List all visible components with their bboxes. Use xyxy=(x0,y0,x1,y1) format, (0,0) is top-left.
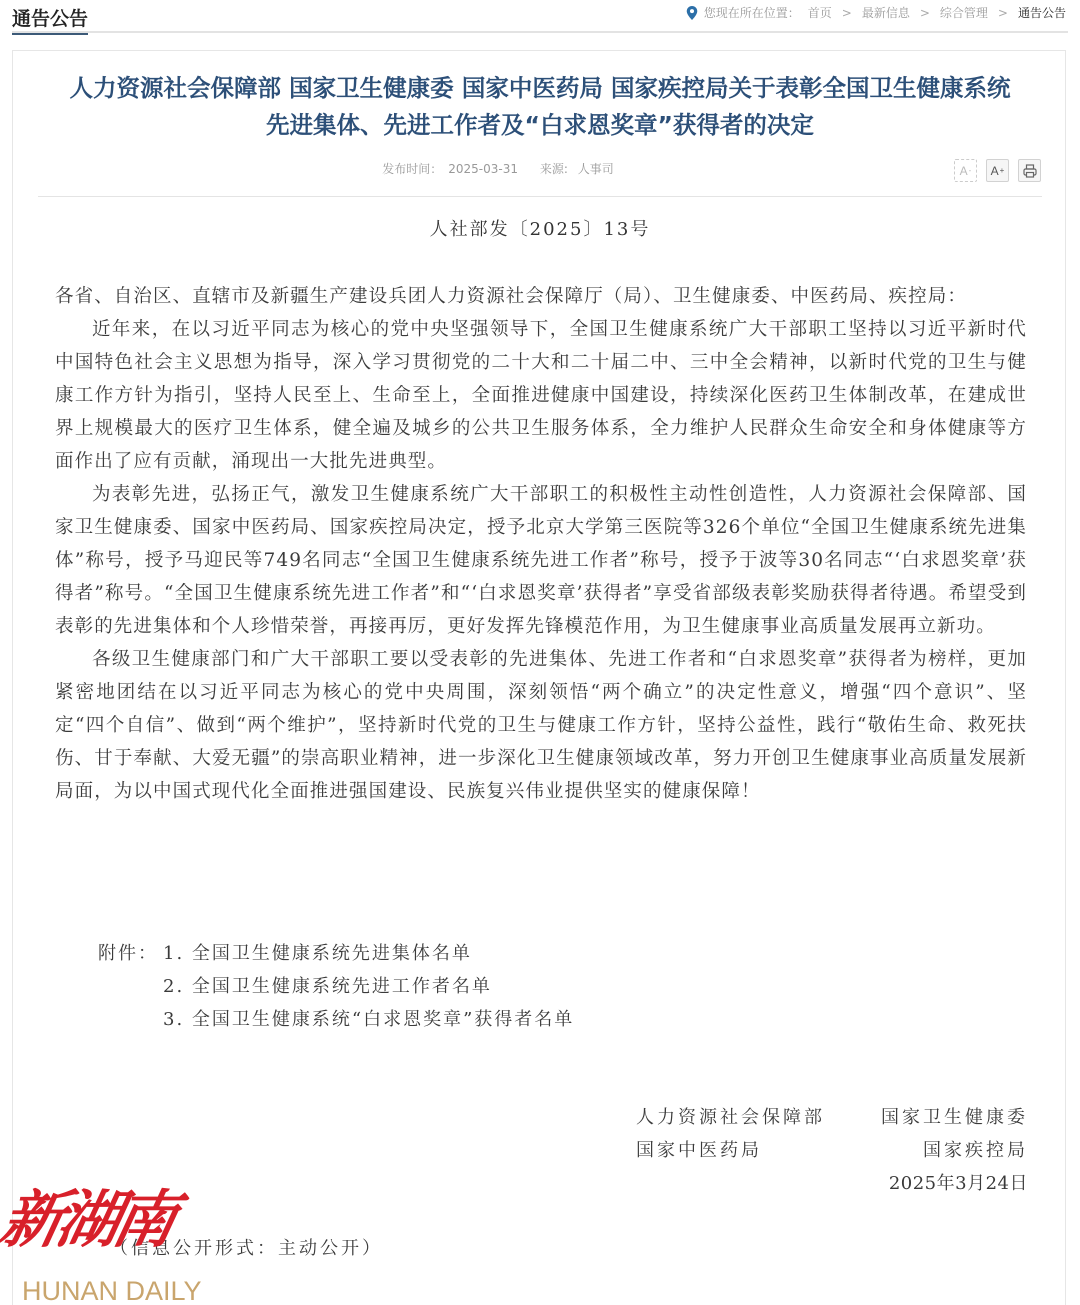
article-meta: 发布时间：2025-03-31 来源: 人事司 xyxy=(0,160,990,177)
publish-date: 2025-03-31 xyxy=(448,162,518,176)
signature-date: 2025年3月24日 xyxy=(636,1167,1028,1200)
source-label: 来源: xyxy=(540,162,568,176)
signature-org: 国家中医药局 xyxy=(636,1134,762,1167)
article-title: 人力资源社会保障部 国家卫生健康委 国家中医药局 国家疾控局关于表彰全国卫生健康… xyxy=(0,70,1080,144)
breadcrumb-separator: > xyxy=(842,6,852,20)
signatures-block: 人力资源社会保障部 国家卫生健康委 国家中医药局 国家疾控局 2025年3月24… xyxy=(636,1101,1028,1200)
attachments-list: 附件： 1. 全国卫生健康系统先进集体名单 2. 全国卫生健康系统先进工作者名单… xyxy=(98,937,574,1036)
print-button[interactable] xyxy=(1018,159,1041,182)
attachment-item: 3. 全国卫生健康系统“白求恩奖章”获得者名单 xyxy=(163,1003,574,1036)
font-decrease-button[interactable]: A- xyxy=(954,159,977,182)
body-paragraph: 为表彰先进，弘扬正气，激发卫生健康系统广大干部职工的积极性主动性创造性，人力资源… xyxy=(55,478,1027,643)
article-tools: A- A+ xyxy=(954,159,1041,182)
font-decrease-icon: A xyxy=(960,164,968,178)
publish-time-label: 发布时间： xyxy=(382,162,442,176)
location-pin-icon xyxy=(686,6,698,20)
signature-org: 国家卫生健康委 xyxy=(881,1101,1028,1134)
attachment-item: 2. 全国卫生健康系统先进工作者名单 xyxy=(163,970,492,1003)
breadcrumb-latest-info[interactable]: 最新信息 xyxy=(862,4,910,21)
article-title-line-1: 人力资源社会保障部 国家卫生健康委 国家中医药局 国家疾控局关于表彰全国卫生健康… xyxy=(69,74,1010,102)
breadcrumb-separator: > xyxy=(998,6,1008,20)
disclosure-note: （信息公开形式：主动公开） xyxy=(110,1234,383,1260)
breadcrumb-notices[interactable]: 通告公告 xyxy=(1018,4,1066,21)
breadcrumb-prefix: 您现在所在位置： xyxy=(704,4,800,21)
signature-org: 国家疾控局 xyxy=(923,1134,1028,1167)
breadcrumb-home[interactable]: 首页 xyxy=(808,4,832,21)
article-body: 各省、自治区、直辖市及新疆生产建设兵团人力资源社会保障厅（局）、卫生健康委、中医… xyxy=(55,280,1027,808)
body-paragraph: 近年来，在以习近平同志为核心的党中央坚强领导下，全国卫生健康系统广大干部职工坚持… xyxy=(55,313,1027,478)
top-bar: 通告公告 您现在所在位置： 首页 > 最新信息 > 综合管理 > 通告公告 xyxy=(0,0,1080,34)
document-number: 人社部发〔2025〕13号 xyxy=(0,215,1080,241)
signature-org: 人力资源社会保障部 xyxy=(636,1101,825,1134)
attachments-label: 附件： xyxy=(98,937,163,970)
attachment-item: 1. 全国卫生健康系统先进集体名单 xyxy=(163,937,472,970)
source-value: 人事司 xyxy=(578,162,614,176)
article-title-line-2: 先进集体、先进工作者及“白求恩奖章”获得者的决定 xyxy=(266,111,814,139)
print-icon xyxy=(1023,164,1037,178)
header-divider xyxy=(12,31,1068,33)
font-increase-button[interactable]: A+ xyxy=(986,159,1009,182)
section-title: 通告公告 xyxy=(12,4,88,35)
breadcrumb-general-management[interactable]: 综合管理 xyxy=(940,4,988,21)
salutation-paragraph: 各省、自治区、直辖市及新疆生产建设兵团人力资源社会保障厅（局）、卫生健康委、中医… xyxy=(55,280,1027,313)
breadcrumb: 您现在所在位置： 首页 > 最新信息 > 综合管理 > 通告公告 xyxy=(686,4,1066,21)
font-increase-icon: A xyxy=(991,164,999,178)
meta-divider xyxy=(38,196,1042,197)
body-paragraph: 各级卫生健康部门和广大干部职工要以受表彰的先进集体、先进工作者和“白求恩奖章”获… xyxy=(55,643,1027,808)
breadcrumb-separator: > xyxy=(920,6,930,20)
